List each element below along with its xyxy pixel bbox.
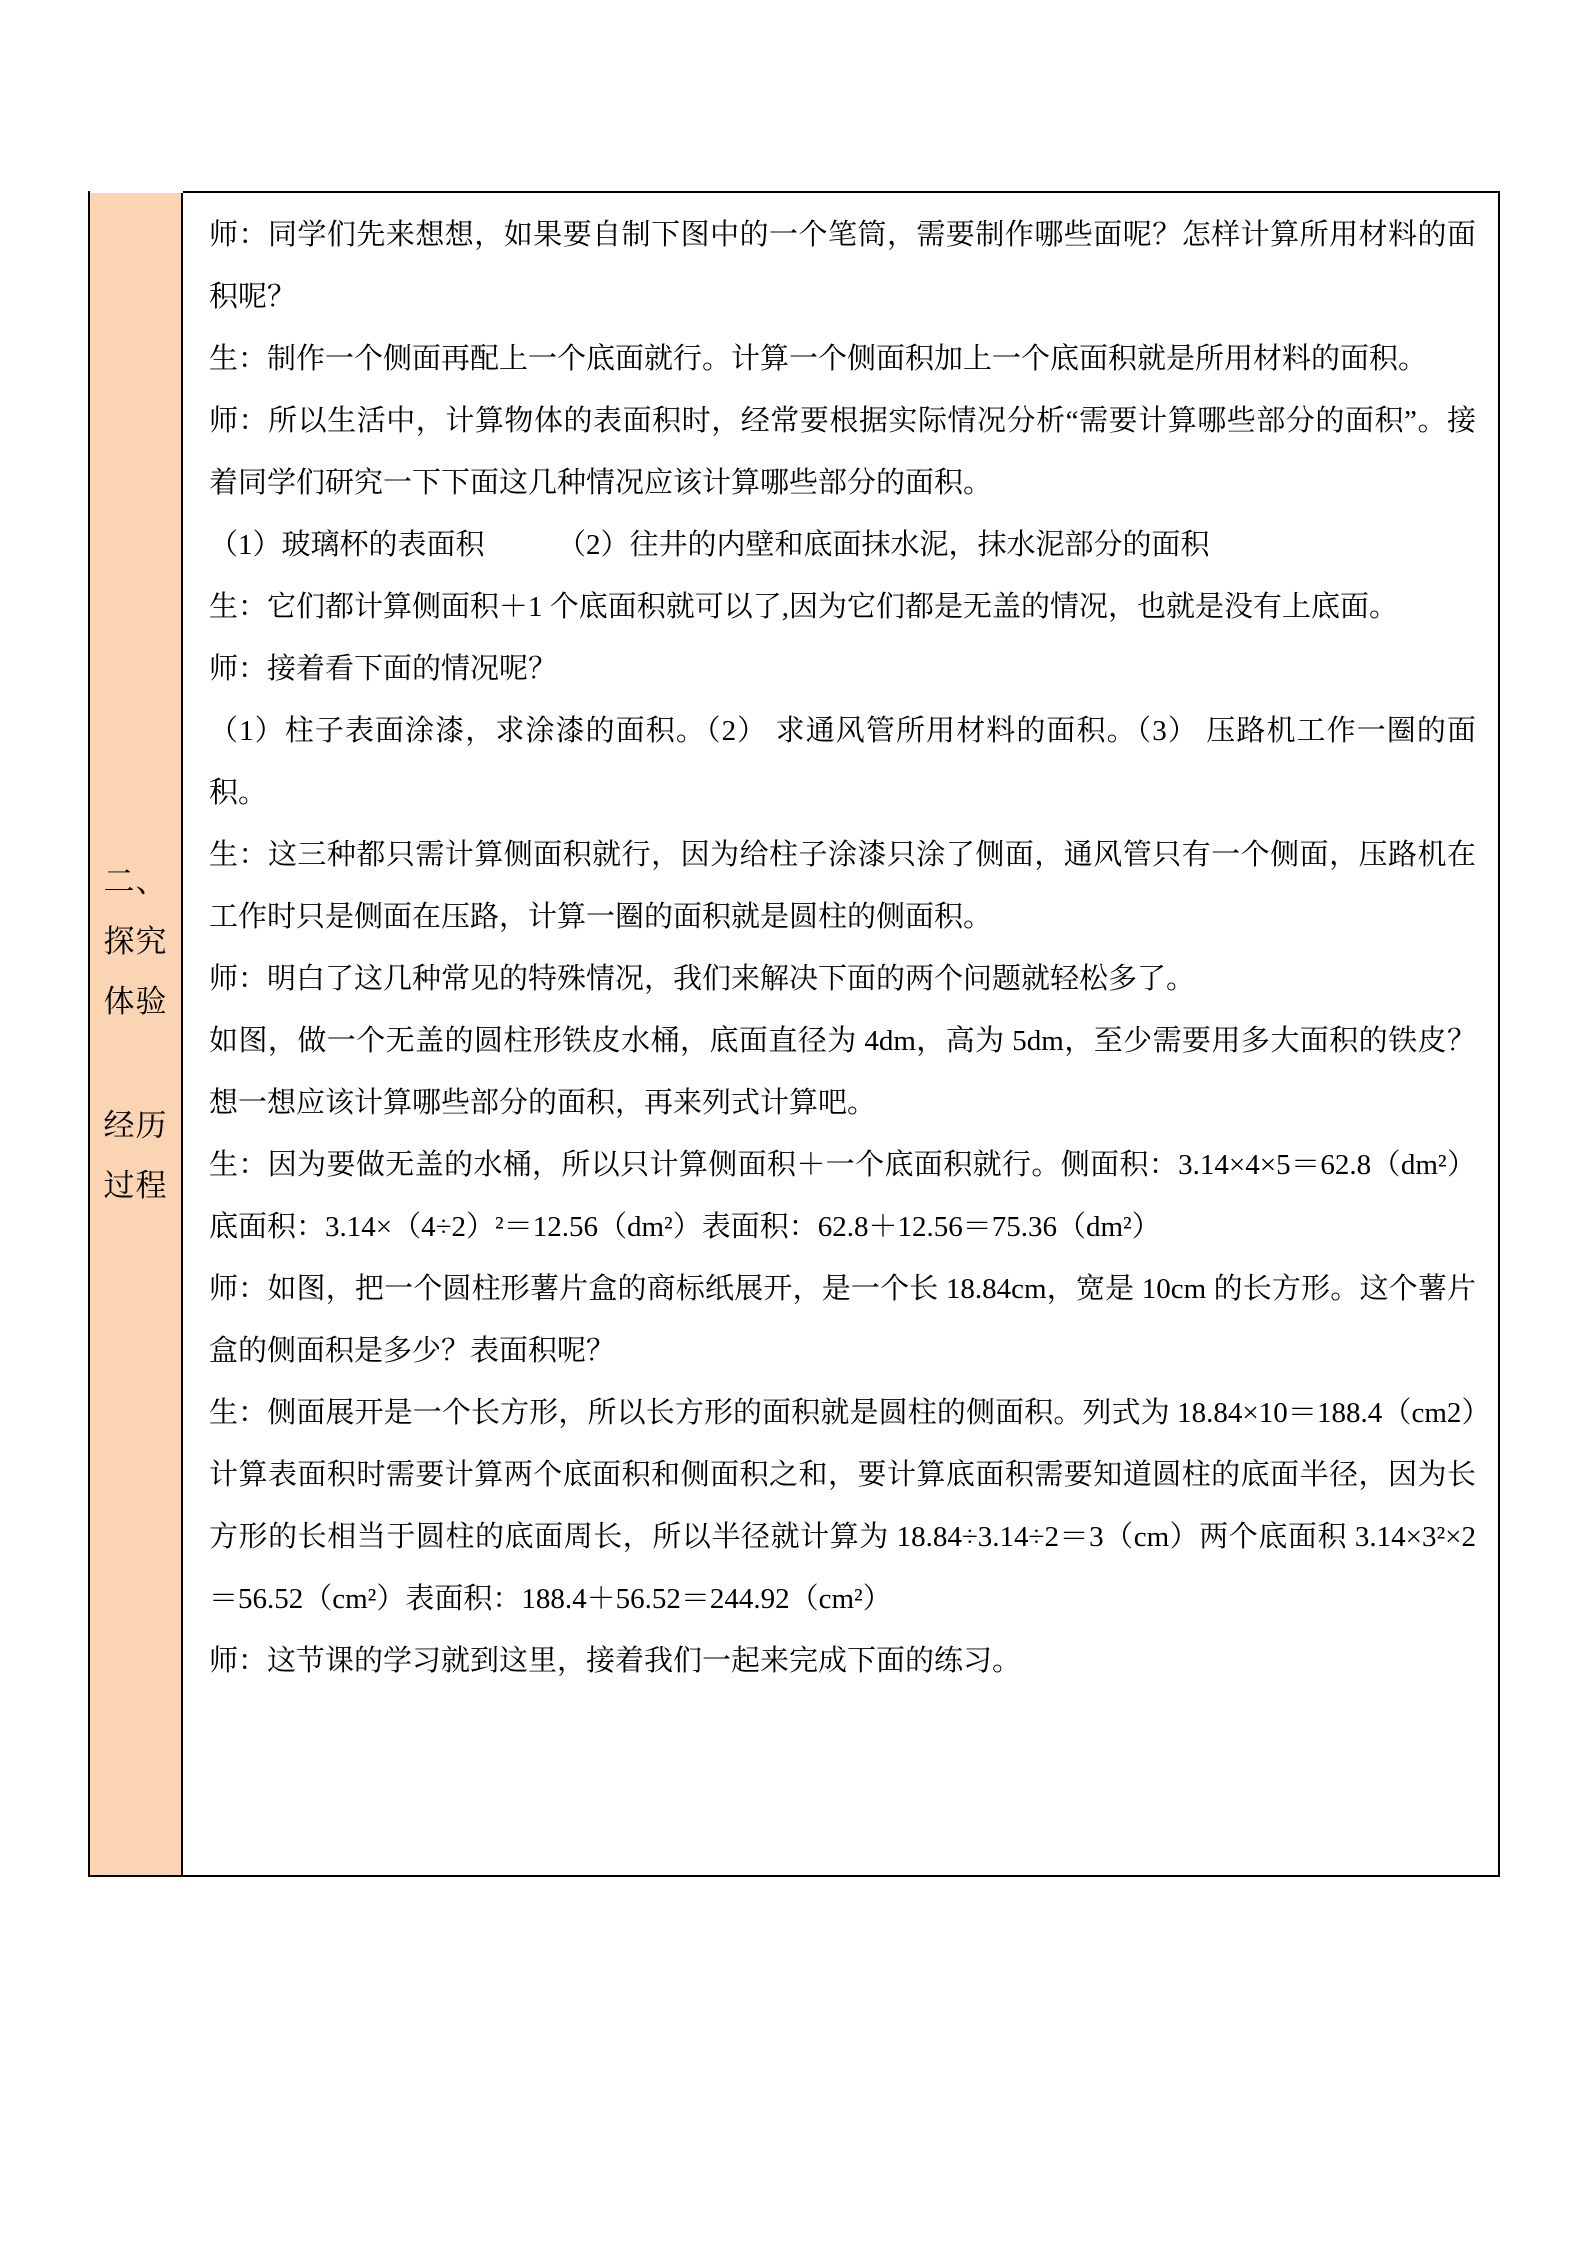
dialogue-paragraph: （1）柱子表面涂漆，求涂漆的面积。（2） 求通风管所用材料的面积。（3） 压路机… xyxy=(209,700,1476,824)
stage-label-line: 经历 xyxy=(104,1096,168,1156)
lesson-plan-table: 二、 探究 体验 经历 过程 师：同学们先来想想，如果要自制下图中的一个笔筒，需… xyxy=(88,191,1500,1877)
dialogue-paragraph: 师：接着看下面的情况呢？ xyxy=(209,638,1476,700)
document-page: 二、 探究 体验 经历 过程 师：同学们先来想想，如果要自制下图中的一个笔筒，需… xyxy=(0,0,1587,2245)
dialogue-paragraph: 师：所以生活中，计算物体的表面积时，经常要根据实际情况分析“需要计算哪些部分的面… xyxy=(209,390,1476,514)
dialogue-paragraph: 生：它们都计算侧面积＋1 个底面积就可以了,因为它们都是无盖的情况，也就是没有上… xyxy=(209,576,1476,638)
dialogue-paragraph: 师：同学们先来想想，如果要自制下图中的一个笔筒，需要制作哪些面呢？怎样计算所用材… xyxy=(209,204,1476,328)
dialogue-paragraph: 如图，做一个无盖的圆柱形铁皮水桶，底面直径为 4dm，高为 5dm，至少需要用多… xyxy=(209,1010,1476,1134)
dialogue-paragraph: 师：明白了这几种常见的特殊情况，我们来解决下面的两个问题就轻松多了。 xyxy=(209,948,1476,1010)
stage-column: 二、 探究 体验 经历 过程 xyxy=(90,193,183,1875)
dialogue-paragraph: （1）玻璃杯的表面积 （2）往井的内壁和底面抹水泥，抹水泥部分的面积 xyxy=(209,514,1476,576)
dialogue-paragraph: 生：这三种都只需计算侧面积就行，因为给柱子涂漆只涂了侧面，通风管只有一个侧面，压… xyxy=(209,824,1476,948)
dialogue-paragraph: 生：制作一个侧面再配上一个底面就行。计算一个侧面积加上一个底面积就是所用材料的面… xyxy=(209,328,1476,390)
dialogue-paragraph: 师：这节课的学习就到这里，接着我们一起来完成下面的练习。 xyxy=(209,1630,1476,1692)
dialogue-paragraph: 师：如图，把一个圆柱形薯片盒的商标纸展开，是一个长 18.84cm，宽是 10c… xyxy=(209,1258,1476,1382)
dialogue-paragraph: 生：侧面展开是一个长方形，所以长方形的面积就是圆柱的侧面积。列式为 18.84×… xyxy=(209,1382,1476,1630)
dialogue-cell: 师：同学们先来想想，如果要自制下图中的一个笔筒，需要制作哪些面呢？怎样计算所用材… xyxy=(185,191,1498,1875)
stage-label-line: 体验 xyxy=(104,972,168,1032)
dialogue-paragraph: 生：因为要做无盖的水桶，所以只计算侧面积＋一个底面积就行。侧面积：3.14×4×… xyxy=(209,1134,1476,1258)
stage-label-line: 探究 xyxy=(104,912,168,972)
stage-label-line: 过程 xyxy=(104,1156,168,1216)
stage-label-line: 二、 xyxy=(104,852,168,912)
